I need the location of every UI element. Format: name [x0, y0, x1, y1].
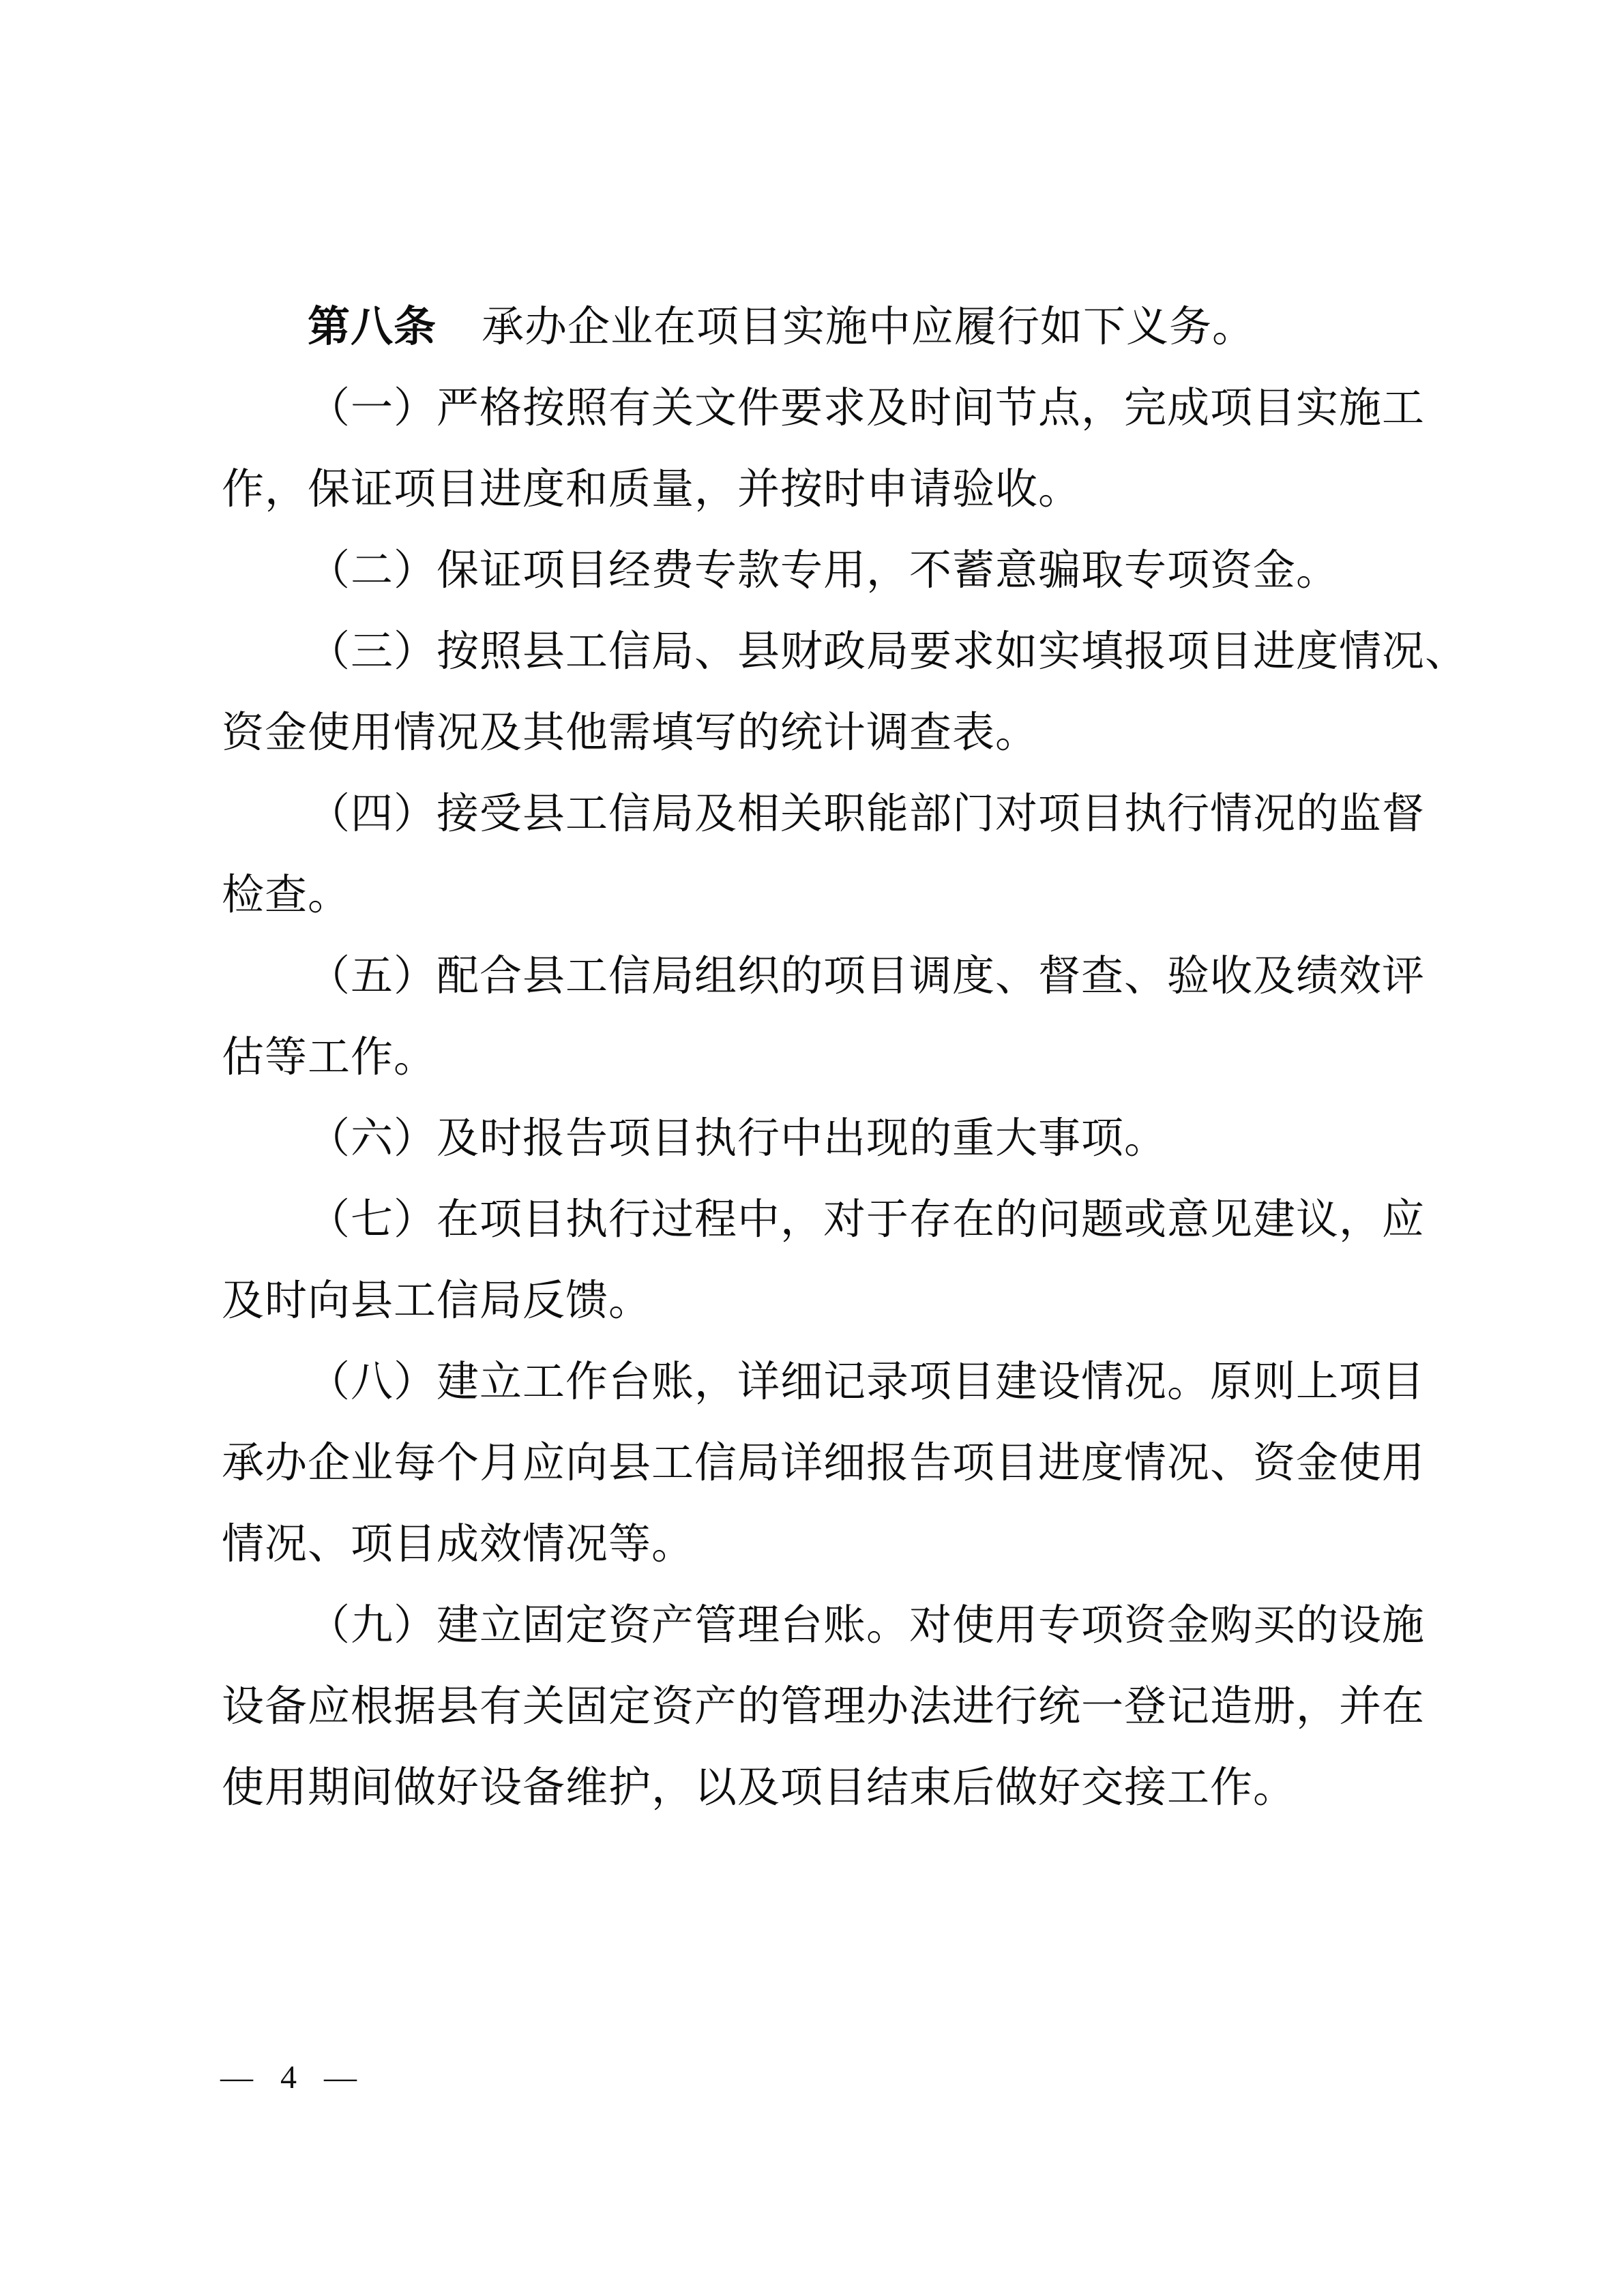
text-line: （四）接受县工信局及相关职能部门对项目执行情况的监督 — [222, 774, 1449, 855]
text-line: （一）严格按照有关文件要求及时间节点，完成项目实施工 — [222, 368, 1449, 449]
text-run: （七）在项目执行过程中，对于存在的问题或意见建议，应 — [308, 1197, 1425, 1243]
text-run: 使用期间做好设备维护，以及项目结束后做好交接工作。 — [222, 1765, 1296, 1811]
text-line: 资金使用情况及其他需填写的统计调查表。 — [222, 693, 1449, 774]
text-run: 作，保证项目进度和质量，并按时申请验收。 — [222, 466, 1081, 513]
text-line: （七）在项目执行过程中，对于存在的问题或意见建议，应 — [222, 1180, 1449, 1261]
text-run: （八）建立工作台账，详细记录项目建设情况。原则上项目 — [308, 1359, 1425, 1405]
text-line: 作，保证项目进度和质量，并按时申请验收。 — [222, 449, 1449, 531]
text-line: 估等工作。 — [222, 1017, 1449, 1099]
text-line: （八）建立工作台账，详细记录项目建设情况。原则上项目 — [222, 1342, 1449, 1423]
page-number: — 4 — — [220, 2059, 358, 2096]
text-run: 及时向县工信局反馈。 — [222, 1278, 651, 1324]
text-run: 资金使用情况及其他需填写的统计调查表。 — [222, 710, 1038, 756]
text-line: （五）配合县工信局组织的项目调度、督查、验收及绩效评 — [222, 936, 1449, 1017]
text-run: （四）接受县工信局及相关职能部门对项目执行情况的监督 — [308, 791, 1425, 837]
document-page: 第八条承办企业在项目实施中应履行如下义务。（一）严格按照有关文件要求及时间节点，… — [0, 0, 1624, 2296]
article-number: 第八条 — [308, 304, 437, 351]
text-run: 承办企业每个月应向县工信局详细报告项目进度情况、资金使用 — [222, 1440, 1425, 1487]
text-line: 及时向县工信局反馈。 — [222, 1261, 1449, 1342]
text-line: （三）按照县工信局、县财政局要求如实填报项目进度情况、 — [222, 612, 1449, 693]
text-run: （三）按照县工信局、县财政局要求如实填报项目进度情况、 — [308, 629, 1468, 675]
text-line: 检查。 — [222, 855, 1449, 936]
text-run: 估等工作。 — [222, 1034, 437, 1081]
text-line: （九）建立固定资产管理台账。对使用专项资金购买的设施 — [222, 1585, 1449, 1667]
text-run: （六）及时报告项目执行中出现的重大事项。 — [308, 1116, 1167, 1162]
text-run: （一）严格按照有关文件要求及时间节点，完成项目实施工 — [308, 385, 1425, 432]
text-line: 使用期间做好设备维护，以及项目结束后做好交接工作。 — [222, 1748, 1449, 1829]
text-run: 情况、项目成效情况等。 — [222, 1521, 694, 1568]
text-line: 承办企业每个月应向县工信局详细报告项目进度情况、资金使用 — [222, 1423, 1449, 1504]
text-line: （二）保证项目经费专款专用，不蓄意骗取专项资金。 — [222, 531, 1449, 612]
document-body: 第八条承办企业在项目实施中应履行如下义务。（一）严格按照有关文件要求及时间节点，… — [222, 287, 1449, 1829]
text-run: （九）建立固定资产管理台账。对使用专项资金购买的设施 — [308, 1602, 1425, 1649]
text-run: 承办企业在项目实施中应履行如下义务。 — [482, 304, 1255, 351]
text-run: 检查。 — [222, 872, 351, 919]
text-line: （六）及时报告项目执行中出现的重大事项。 — [222, 1099, 1449, 1180]
text-run: （五）配合县工信局组织的项目调度、督查、验收及绩效评 — [308, 953, 1425, 1000]
page-footer: — 4 — — [220, 2053, 358, 2103]
text-line: 情况、项目成效情况等。 — [222, 1504, 1449, 1585]
text-run: 设备应根据县有关固定资产的管理办法进行统一登记造册，并在 — [222, 1684, 1425, 1730]
text-line: 设备应根据县有关固定资产的管理办法进行统一登记造册，并在 — [222, 1667, 1449, 1748]
text-run: （二）保证项目经费专款专用，不蓄意骗取专项资金。 — [308, 548, 1339, 594]
text-line: 第八条承办企业在项目实施中应履行如下义务。 — [222, 287, 1449, 368]
